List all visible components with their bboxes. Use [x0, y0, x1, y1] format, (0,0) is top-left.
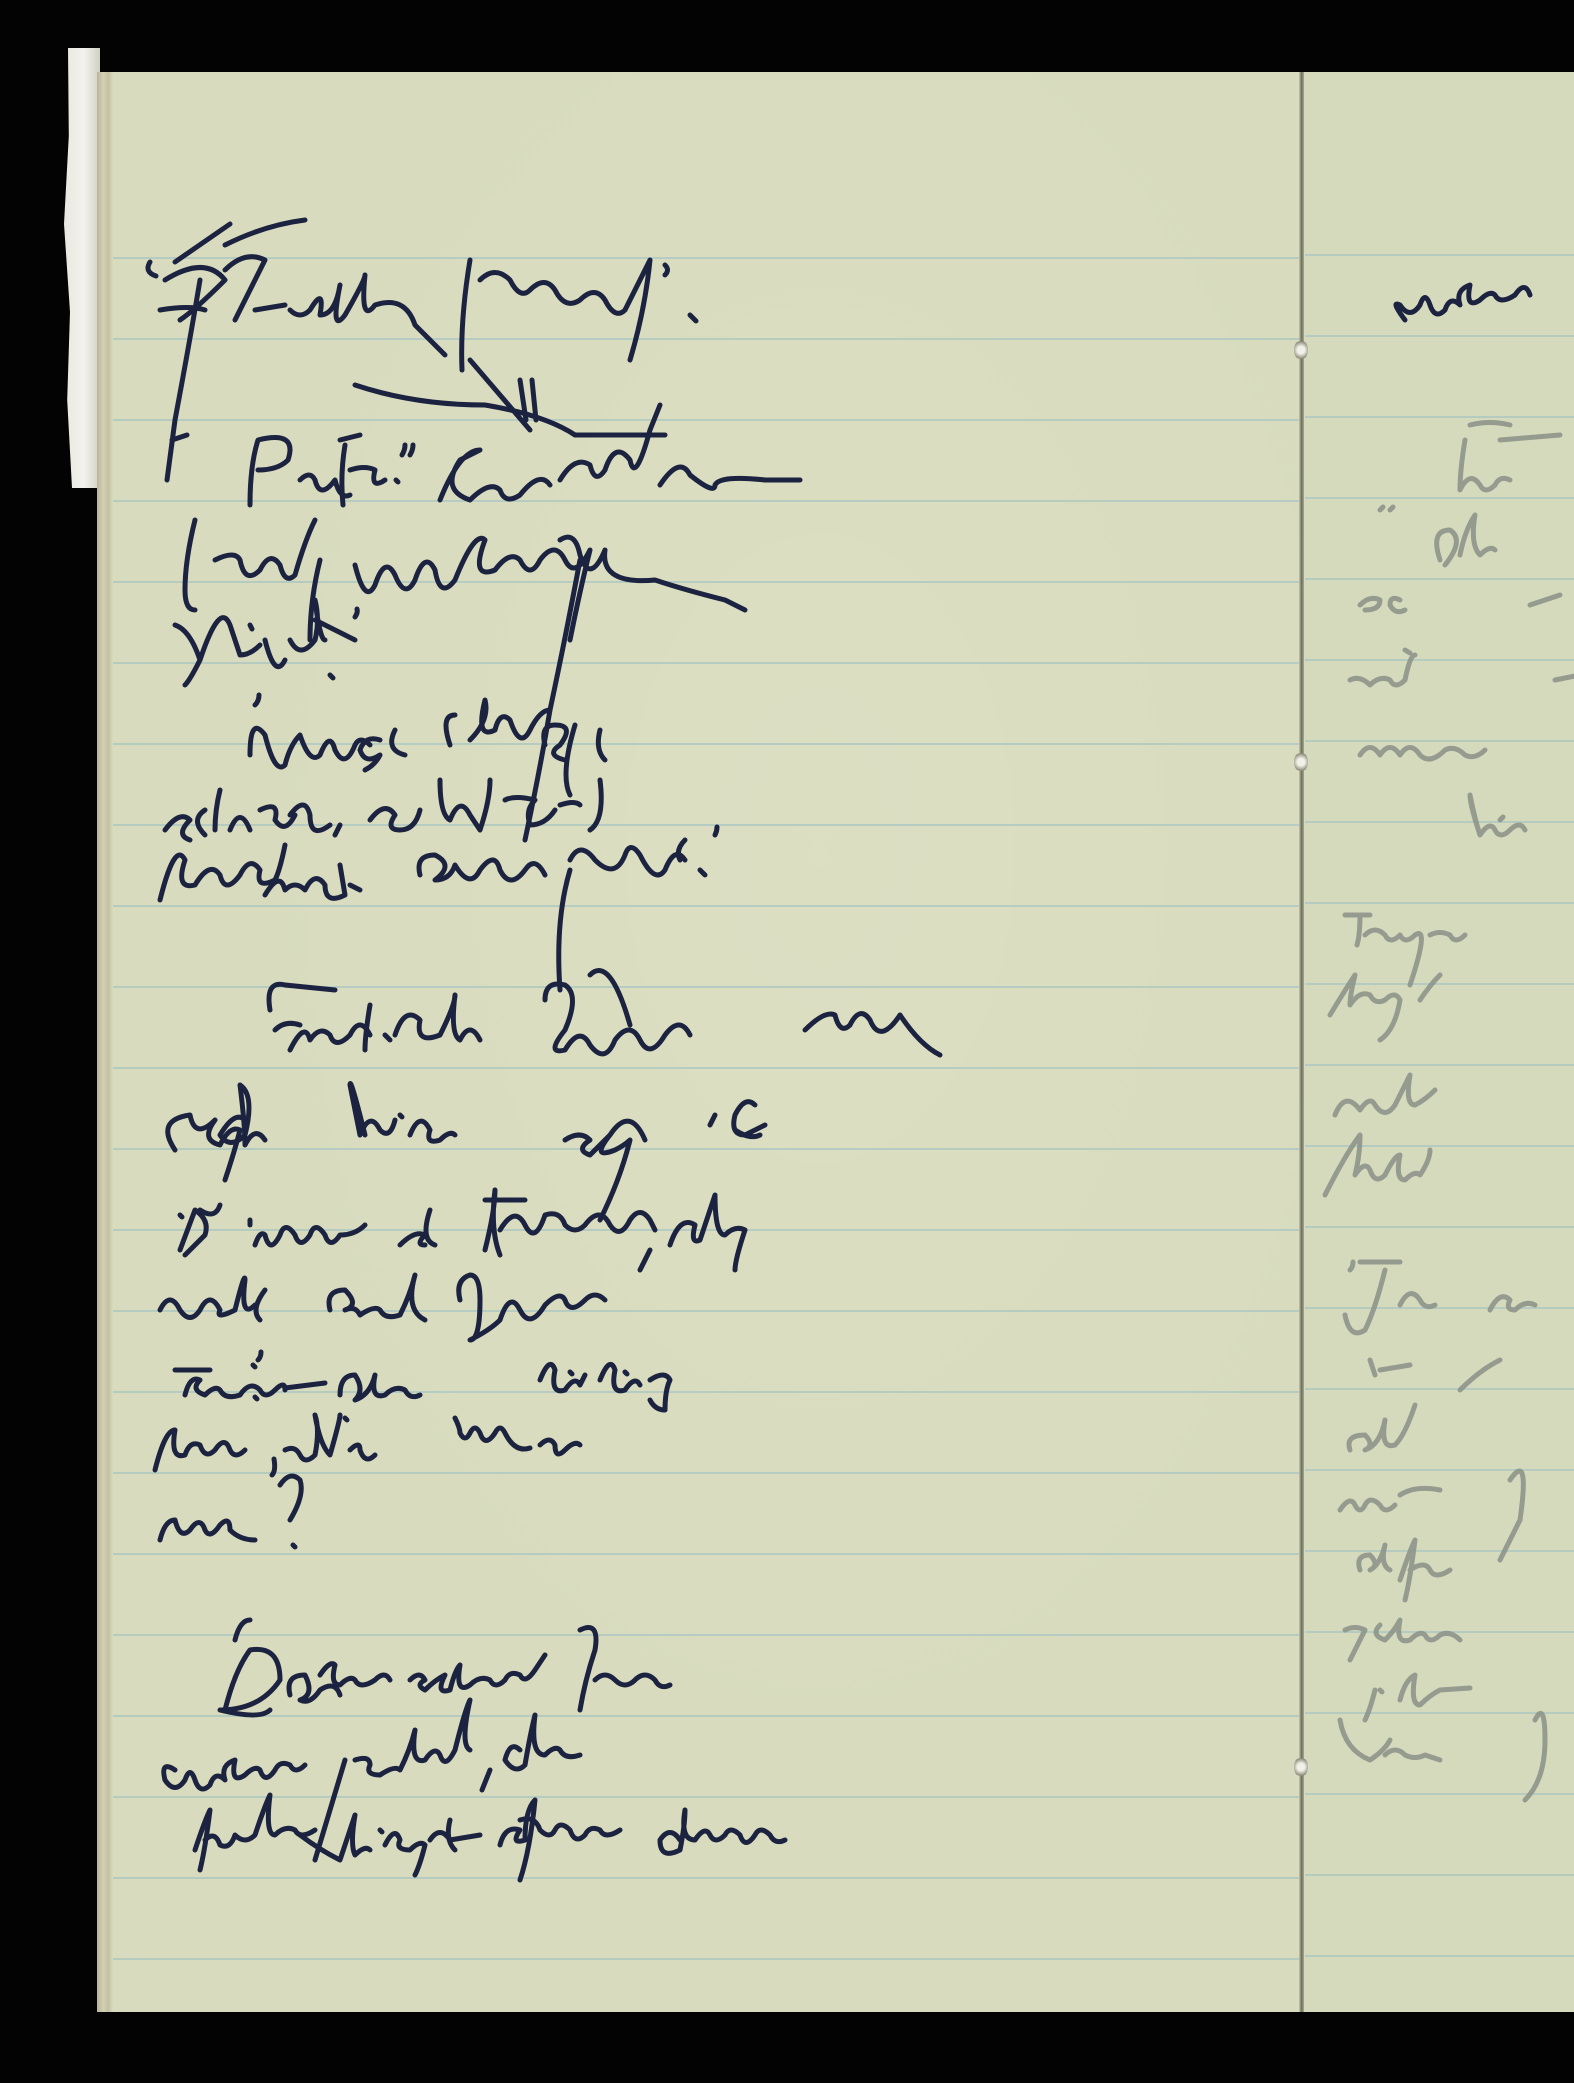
- notebook-spread: "Furchtbar schmerzhaft!" Prüfe: "Die mei…: [0, 0, 1574, 2083]
- binding-stitch: [1294, 1757, 1308, 1777]
- text-line: Leute verdampfen: [190, 540, 561, 580]
- text-line: halb…: [1330, 1160, 1458, 1200]
- text-line: Das Eine scheint vom: [225, 1650, 663, 1690]
- text-line: nicht.": [170, 620, 304, 660]
- rule-line: [113, 1148, 1299, 1150]
- text-line: + …: [1370, 1345, 1456, 1385]
- text-line: Jeden…: [1340, 1720, 1495, 1760]
- text-line: schehen, so hätte ich: [165, 790, 594, 830]
- rule-line: [113, 1634, 1299, 1636]
- binding-stitch: [1294, 752, 1308, 772]
- text-line: lich…: [1330, 980, 1444, 1020]
- rule-line: [113, 419, 1299, 421]
- text-line: "Wäre so etwas ge-: [250, 710, 637, 750]
- right-page-transcription: ande… wir… "Ol… es … wie… mus… Wir… Frag…: [1320, 0, 1574, 2083]
- text-line: mus…: [1360, 730, 1484, 770]
- text-line: Freilich kann man: [270, 1000, 640, 1040]
- left-page-edge: [97, 72, 113, 2012]
- text-line: daß…: [1345, 1420, 1461, 1460]
- text-line: ande…: [1400, 285, 1539, 325]
- text-line: Frage…: [1345, 900, 1505, 940]
- rule-line: [113, 1796, 1299, 1798]
- text-line: man, daß es immer so: [155, 1435, 603, 1475]
- rule-line: [113, 986, 1299, 988]
- torn-tissue-strip: [60, 48, 100, 488]
- text-line: andern gestützt, aber: [165, 1740, 604, 1780]
- gutter-fold: [1299, 72, 1304, 2012]
- text-line: wird's auch diesmal: [160, 1285, 564, 1325]
- rule-line: [113, 1067, 1299, 1069]
- rule-line: [113, 1877, 1299, 1879]
- text-line: existie…: [1335, 1085, 1507, 1125]
- text-line: "Ol…: [1375, 505, 1479, 545]
- text-line: dafür…: [1360, 1545, 1509, 1585]
- text-line: es …: [1355, 580, 1452, 620]
- rule-line: [113, 338, 1299, 340]
- rule-line: [113, 905, 1299, 907]
- text-line: Prüfe: "Die meisten: [250, 450, 647, 490]
- text-line: ist immer so gewesen, also: [175, 1200, 722, 1240]
- rule-line: [113, 1715, 1299, 1717]
- rule-line: [113, 1958, 1299, 1960]
- binding-stitch: [1294, 340, 1308, 360]
- text-line: so sein.' — aber wie weiß: [175, 1365, 690, 1405]
- text-line: beides liegt offenbar dem: [195, 1815, 714, 1855]
- text-line: "Furchtbar schmerzhaft!": [170, 230, 692, 270]
- text-line: wie…: [1350, 650, 1461, 690]
- text-line: auch hier sagen 'Es: [170, 1100, 567, 1140]
- text-line: wir…: [1460, 420, 1566, 460]
- text-line: bestimmt davon gehört.": [160, 860, 663, 900]
- rule-line: [113, 500, 1299, 502]
- text-line: Wir…: [1470, 800, 1574, 840]
- rule-line: [113, 1553, 1299, 1555]
- text-line: gibt…: [1365, 1670, 1485, 1710]
- text-line: war?: [160, 1505, 259, 1545]
- text-line: schei…: [1345, 1610, 1490, 1650]
- text-line: "Ja se…: [1345, 1260, 1500, 1300]
- text-line: ein f…: [1340, 1490, 1470, 1530]
